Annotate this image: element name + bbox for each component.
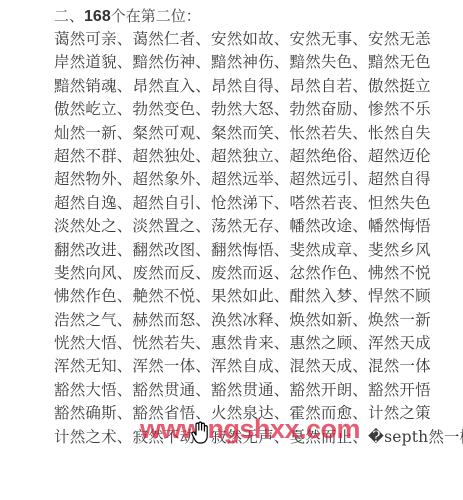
text-line: 淡然处之、淡然置之、荡然无存、幡然改途、幡然悔悟 (54, 215, 454, 238)
heading-count: 168 (84, 8, 111, 25)
text-line: 岸然道貌、黯然伤神、黯然神伤、黯然失色、黯然无色 (54, 51, 454, 74)
text-line: 恍然大悟、恍然若失、惠然肯来、惠然之顾、浑然天成 (54, 332, 454, 355)
document-page: 二、168个在第二位： 蔼然可亲、蔼然仁者、安然如故、安然无事、安然无恙 岸然道… (54, 4, 454, 449)
heading-suffix: 个在第二位： (111, 7, 201, 25)
text-line: 超然物外、超然象外、超然远举、超然远引、超然自得 (54, 168, 454, 191)
text-line: 黯然销魂、昂然直入、昂然自得、昂然自若、傲然挺立 (54, 75, 454, 98)
text-line: 浩然之气、赫然而怒、涣然冰释、焕然如新、焕然一新 (54, 309, 454, 332)
text-line: 超然不群、超然独处、超然独立、超然绝俗、超然迈伦 (54, 145, 454, 168)
text-line: 翻然改进、翻然改图、翻然悔悟、斐然成章、斐然乡风 (54, 239, 454, 262)
text-line: 豁然大悟、豁然贯通、豁然贯通、豁然开朗、豁然开悟 (54, 379, 454, 402)
text-line: 蔼然可亲、蔼然仁者、安然如故、安然无事、安然无恙 (54, 28, 454, 51)
text-line: 超然自逸、超然自引、怆然涕下、嗒然若丧、怛然失色 (54, 192, 454, 215)
section-heading: 二、168个在第二位： (54, 4, 454, 28)
watermark: www.ngshxx.com (140, 414, 360, 445)
text-line: 浑然无知、浑然一体、浑然自成、混然天成、混然一体 (54, 355, 454, 378)
text-line: 傲然屹立、勃然变色、勃然大怒、勃然奋励、惨然不乐 (54, 98, 454, 121)
text-line: 斐然向风、废然而反、废然而返、忿然作色、怫然不悦 (54, 262, 454, 285)
hand-pointer-icon (190, 421, 210, 445)
text-line: 灿然一新、粲然可观、粲然而笑、怅然若失、怅然自失 (54, 122, 454, 145)
text-line: 怫然作色、艴然不悦、果然如此、酣然入梦、悍然不顾 (54, 285, 454, 308)
heading-prefix: 二、 (54, 7, 84, 25)
